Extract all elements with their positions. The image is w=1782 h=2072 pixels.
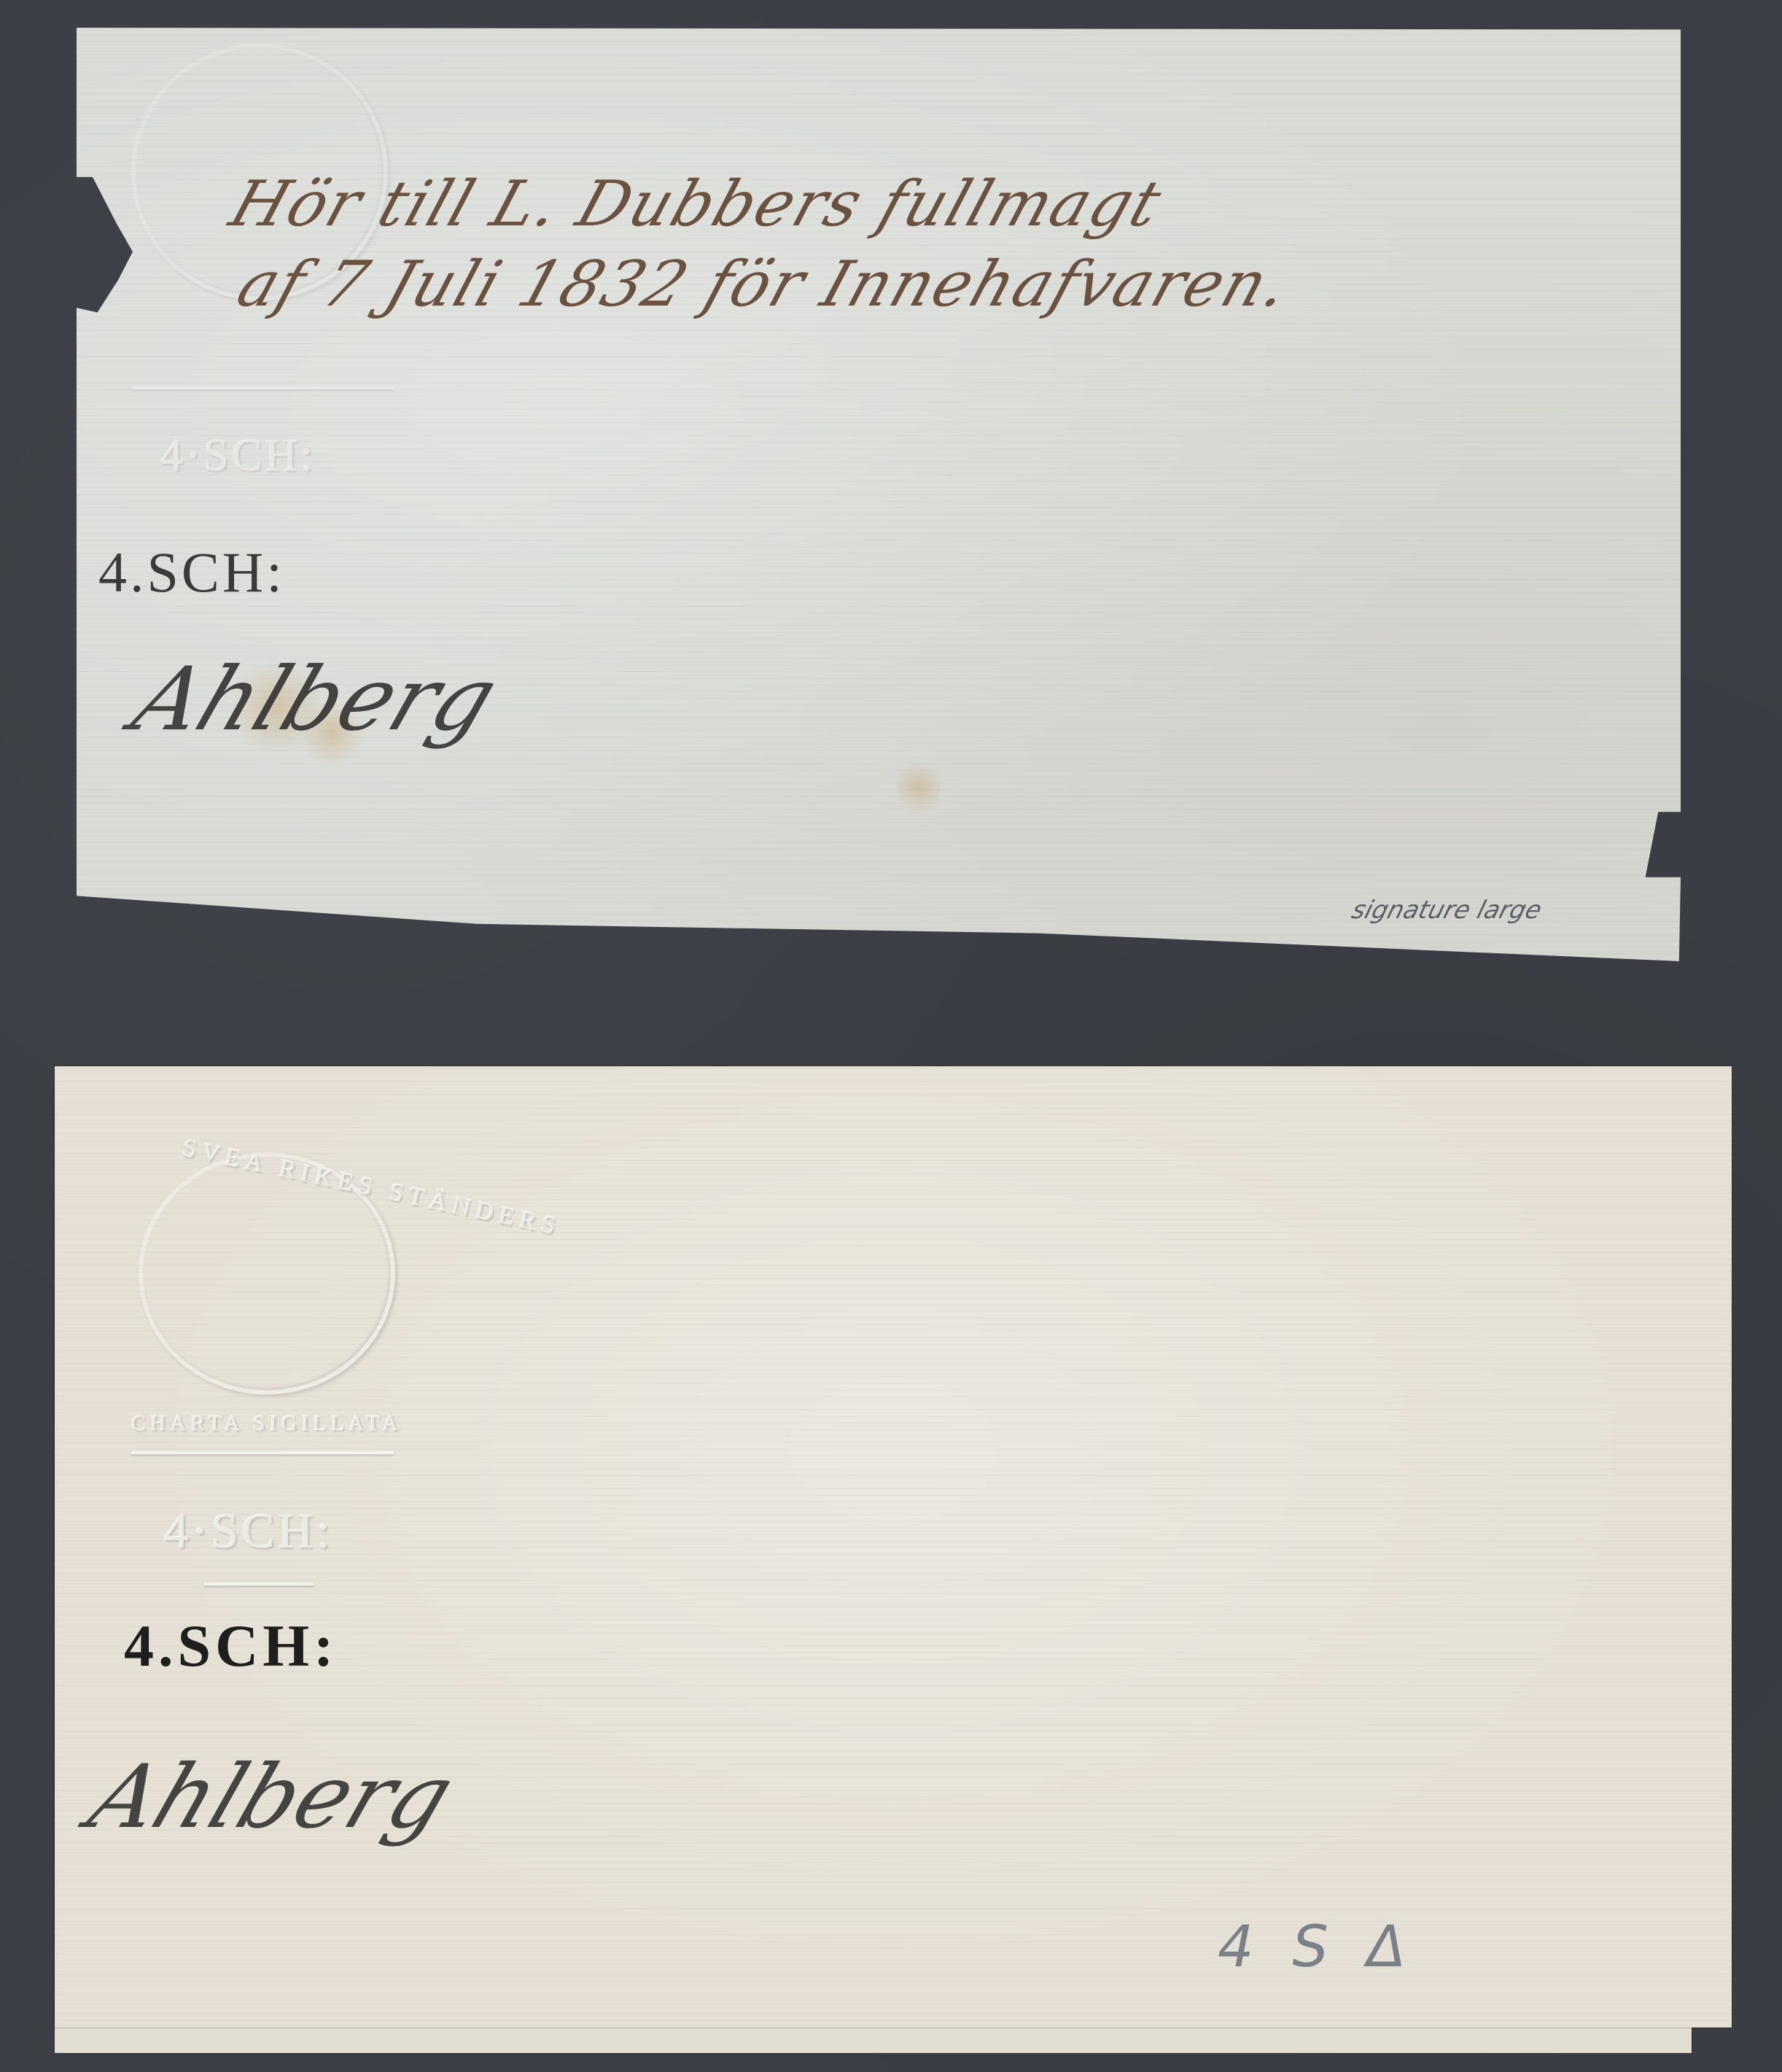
printed-denomination-stamp-lower: 4.SCH: [124, 1612, 338, 1680]
signature-stamp-lower: Ahlberg [77, 1747, 467, 1848]
embossed-rule-lower-short [204, 1583, 314, 1586]
handwritten-line-1: Hör till L. Dubbers fullmagt [222, 168, 1171, 241]
embossed-rule-upper [131, 387, 394, 389]
printed-denomination-stamp-upper: 4.SCH: [98, 540, 285, 605]
embossed-value-upper: 4·SCH: [160, 430, 316, 482]
signature-stamp-upper: Ahlberg [120, 649, 510, 750]
embossed-seal-base-text: CHARTA SIGILLATA [131, 1411, 402, 1436]
handwritten-line-2: af 7 Juli 1832 för Innehafvaren. [229, 248, 1299, 321]
pencil-note-upper: signature large [1349, 896, 1545, 925]
pencil-note-lower: 4 S Δ [1218, 1914, 1416, 1980]
embossed-rule-lower [131, 1451, 394, 1454]
embossed-value-lower: 4·SCH: [164, 1502, 333, 1560]
foxing-stain [897, 758, 941, 817]
